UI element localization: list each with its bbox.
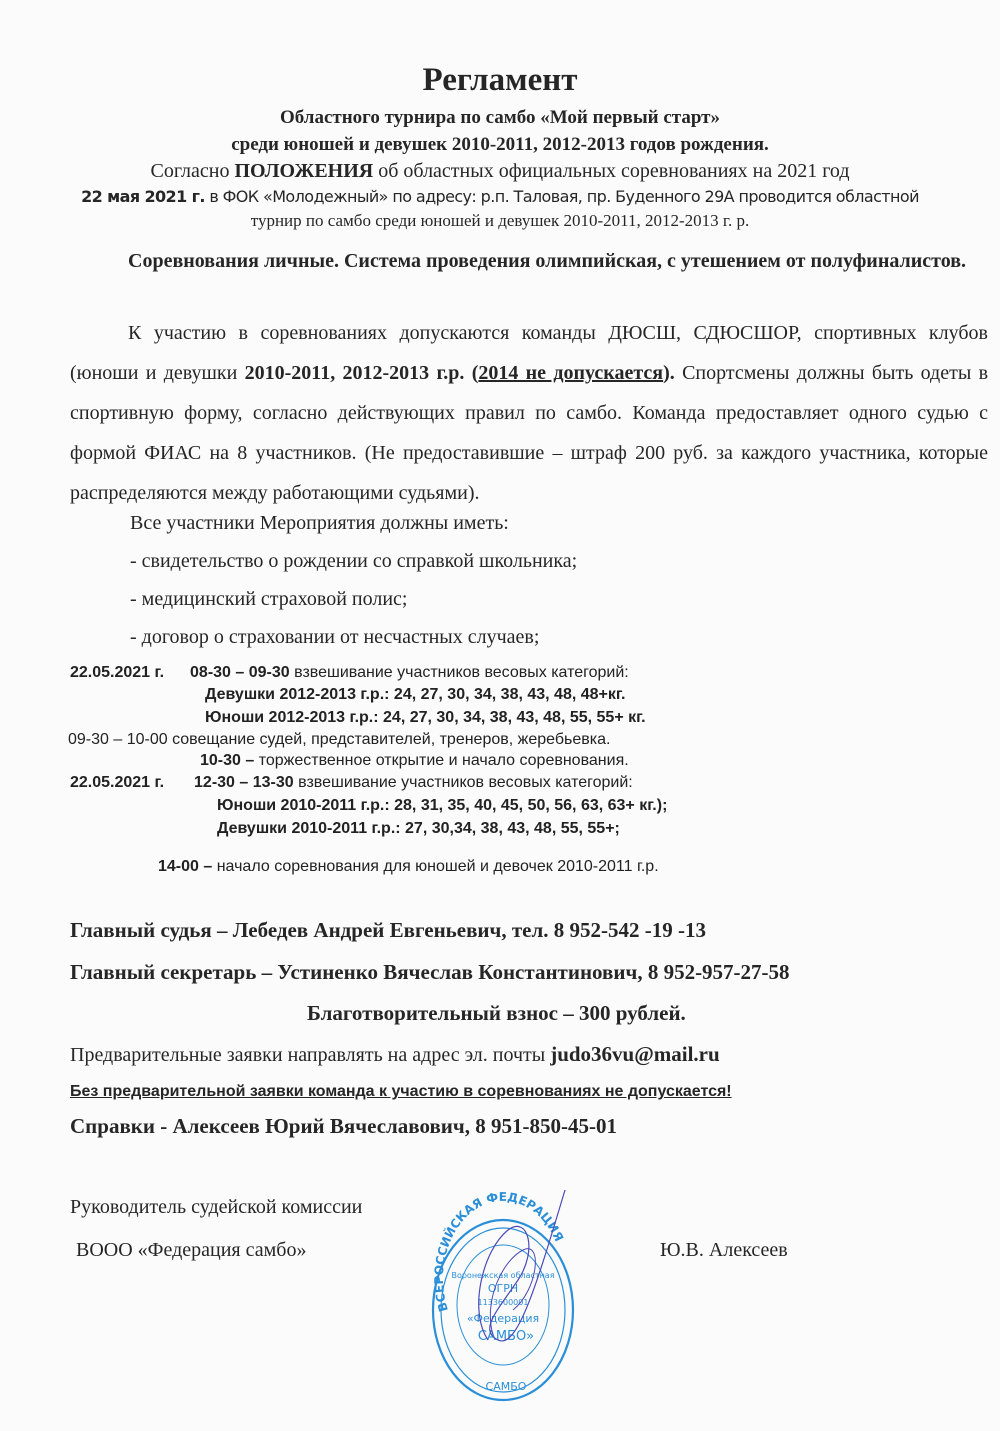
signature-role: Руководитель судейской комиссии xyxy=(70,1196,362,1219)
schedule-text: торжественное открытие и начало соревнов… xyxy=(254,752,628,769)
requirement-item: - свидетельство о рождении со справкой ш… xyxy=(130,550,577,573)
weight-categories: Девушки 2012-2013 г.р.: 24, 27, 30, 34, … xyxy=(205,686,625,703)
signatory-name: Ю.В. Алексеев xyxy=(660,1239,788,1262)
according-line: Согласно ПОЛОЖЕНИЯ об областных официаль… xyxy=(0,160,1000,183)
requirements-intro: Все участники Мероприятия должны иметь: xyxy=(130,512,509,535)
event-date: 22 мая 2021 г. xyxy=(81,187,205,206)
schedule-text: взвешивание участников весовых категорий… xyxy=(290,664,629,681)
schedule-row: Девушки 2010-2011 г.р.: 27, 30,34, 38, 4… xyxy=(217,820,620,838)
official-stamp-icon: ВСЕРОССИЙСКАЯ ФЕДЕРАЦИЯ Воронежская обла… xyxy=(428,1190,578,1405)
tournament-name: Областного турнира по самбо «Мой первый … xyxy=(0,107,1000,129)
applications-text: Предварительные заявки направлять на адр… xyxy=(70,1044,550,1066)
inquiries-contact: Справки - Алексеев Юрий Вячеславович, 8 … xyxy=(70,1114,617,1139)
requirement-item: - медицинский страховой полис; xyxy=(130,588,407,611)
schedule-time: 14-00 – xyxy=(158,858,212,875)
according-suffix: об областных официальных соревнованиях н… xyxy=(373,160,849,182)
warning-notice: Без предварительной заявки команда к уча… xyxy=(70,1083,732,1101)
admission-years: 2010-2011, 2012-2013 г.р. ( xyxy=(245,362,479,384)
schedule-row: 10-30 – торжественное открытие и начало … xyxy=(200,752,629,770)
chief-secretary: Главный секретарь – Устиненко Вячеслав К… xyxy=(70,960,790,985)
venue-line-2: турнир по самбо среди юношей и девушек 2… xyxy=(0,211,1000,231)
signature-organization: ВООО «Федерация самбо» xyxy=(76,1239,306,1262)
schedule-time: 10-30 – xyxy=(200,752,254,769)
admission-paragraph: К участию в соревнованиях допускаются ко… xyxy=(70,313,988,513)
schedule-text: начало соревнования для юношей и девочек… xyxy=(212,858,658,875)
schedule-row: Девушки 2012-2013 г.р.: 24, 27, 30, 34, … xyxy=(205,686,625,704)
stamp-bottom: САМБО xyxy=(486,1380,527,1393)
schedule-row: 14-00 – начало соревнования для юношей и… xyxy=(158,858,659,876)
competition-system: Соревнования личные. Система проведения … xyxy=(70,238,988,284)
schedule-row: 09-30 – 10-00 совещание судей, представи… xyxy=(68,731,610,749)
stamp-ogrn: ОГРН xyxy=(488,1282,518,1295)
venue-text: в ФОК «Молодежный» по адресу: р.п. Талов… xyxy=(205,187,919,206)
entry-fee: Благотворительный взнос – 300 рублей. xyxy=(307,1001,686,1026)
stamp-center-1: «Федерация xyxy=(467,1312,539,1325)
admission-excluded: 2014 не допускается xyxy=(478,362,663,384)
contact-email[interactable]: judo36vu@mail.ru xyxy=(550,1042,719,1066)
schedule-row: 22.05.2021 г.08-30 – 09-30 взвешивание у… xyxy=(70,664,629,682)
schedule-row: Юноши 2010-2011 г.р.: 28, 31, 35, 40, 45… xyxy=(217,797,667,815)
weight-categories: Юноши 2012-2013 г.р.: 24, 27, 30, 34, 38… xyxy=(205,709,646,726)
according-bold: ПОЛОЖЕНИЯ xyxy=(234,160,373,182)
weight-categories: Юноши 2010-2011 г.р.: 28, 31, 35, 40, 45… xyxy=(217,797,667,814)
schedule-row: 22.05.2021 г.12-30 – 13-30 взвешивание у… xyxy=(70,774,633,792)
schedule-time: 12-30 – 13-30 xyxy=(194,774,294,791)
applications-line: Предварительные заявки направлять на адр… xyxy=(70,1042,720,1067)
according-prefix: Согласно xyxy=(151,160,235,182)
venue-line: 22 мая 2021 г. в ФОК «Молодежный» по адр… xyxy=(0,187,1000,206)
weight-categories: Девушки 2010-2011 г.р.: 27, 30,34, 38, 4… xyxy=(217,820,620,837)
schedule-text: взвешивание участников весовых категорий… xyxy=(294,774,633,791)
requirement-item: - договор о страховании от несчастных сл… xyxy=(130,626,539,649)
schedule-date: 22.05.2021 г. xyxy=(70,664,164,681)
schedule-date: 22.05.2021 г. xyxy=(70,774,164,791)
chief-judge: Главный судья – Лебедев Андрей Евгеньеви… xyxy=(70,918,706,943)
age-groups: среди юношей и девушек 2010-2011, 2012-2… xyxy=(0,134,1000,156)
schedule-time: 08-30 – 09-30 xyxy=(190,664,290,681)
admission-close: ). xyxy=(663,362,675,384)
document-title: Регламент xyxy=(0,62,1000,99)
schedule-row: Юноши 2012-2013 г.р.: 24, 27, 30, 34, 38… xyxy=(205,709,646,727)
